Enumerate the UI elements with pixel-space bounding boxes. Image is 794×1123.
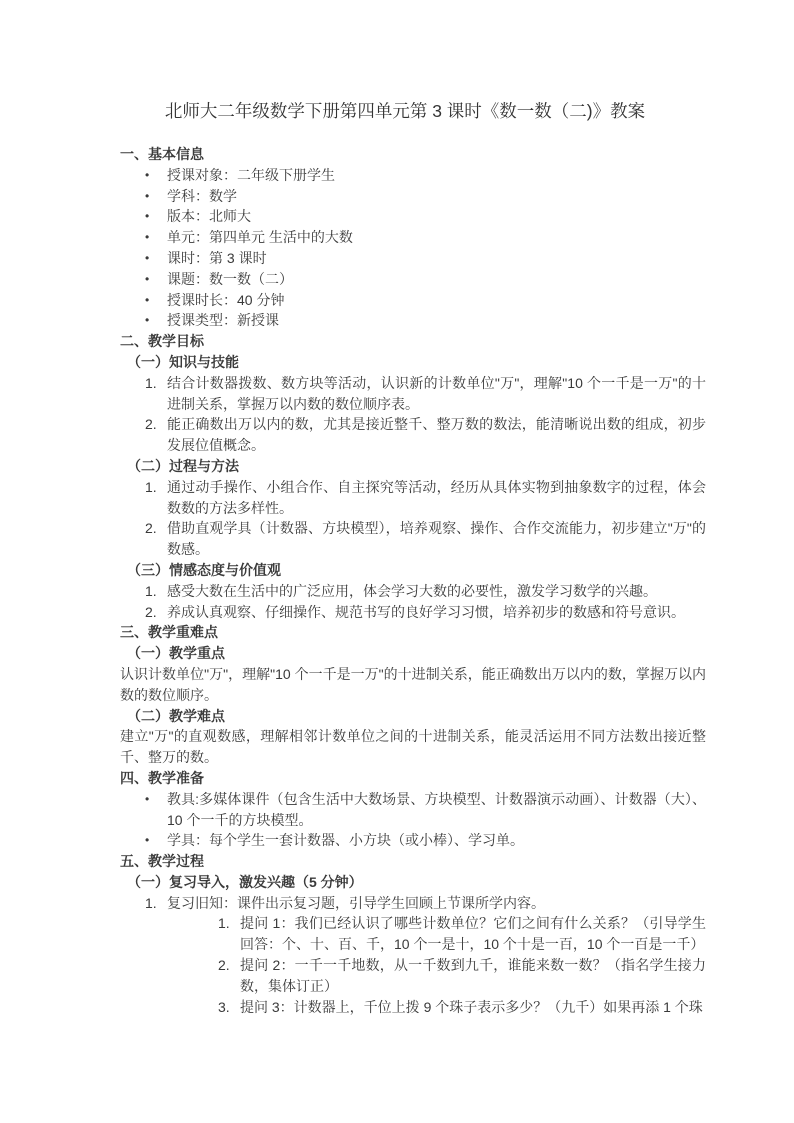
list-item: 2. 提问 2：一千一千地数，从一千数到九千，谁能来数一数？（指名学生接力数，集…	[120, 955, 706, 997]
list-number: 2.	[145, 602, 167, 623]
list-number: 2.	[145, 518, 167, 539]
bullet-icon: •	[145, 310, 167, 331]
list-item: • 课时：第 3 课时	[120, 248, 706, 269]
list-item: • 单元：第四单元 生活中的大数	[120, 227, 706, 248]
list-number: 3.	[218, 997, 240, 1018]
list-item-text: 复习旧知：课件出示复习题，引导学生回顾上节课所学内容。	[167, 893, 706, 914]
list-item-text: 授课对象：二年级下册学生	[167, 165, 706, 186]
list-item-text: 版本：北师大	[167, 206, 706, 227]
list-item: • 授课时长：40 分钟	[120, 290, 706, 311]
list-number: 2.	[145, 414, 167, 435]
lesson-plan-page: 北师大二年级数学下册第四单元第 3 课时《数一数（二)》教案 一、基本信息 • …	[0, 0, 794, 1123]
bullet-icon: •	[145, 186, 167, 207]
bullet-icon: •	[145, 830, 167, 851]
heading-knowledge-skills: （一）知识与技能	[120, 352, 706, 373]
list-item: • 课题：数一数（二）	[120, 269, 706, 290]
heading-review-introduction: （一）复习导入，激发兴趣（5 分钟）	[120, 872, 706, 893]
list-item-text: 授课类型：新授课	[167, 310, 706, 331]
list-item: • 教具:多媒体课件（包含生活中大数场景、方块模型、计数器演示动画）、计数器（大…	[120, 789, 706, 831]
bullet-icon: •	[145, 269, 167, 290]
bullet-icon: •	[145, 165, 167, 186]
list-item: 2. 借助直观学具（计数器、方块模型），培养观察、操作、合作交流能力，初步建立"…	[120, 518, 706, 560]
list-number: 2.	[218, 955, 240, 976]
list-item: • 授课对象：二年级下册学生	[120, 165, 706, 186]
list-item-text: 学具：每个学生一套计数器、小方块（或小棒）、学习单。	[167, 830, 706, 851]
heading-key-difficult-points: 三、教学重难点	[120, 622, 706, 643]
list-item-text: 单元：第四单元 生活中的大数	[167, 227, 706, 248]
list-item-text: 借助直观学具（计数器、方块模型），培养观察、操作、合作交流能力，初步建立"万"的…	[167, 518, 706, 560]
basic-info-list: • 授课对象：二年级下册学生 • 学科：数学 • 版本：北师大 • 单元：第四单…	[120, 165, 706, 331]
heading-process-methods: （二）过程与方法	[120, 456, 706, 477]
list-item-text: 养成认真观察、仔细操作、规范书写的良好学习习惯，培养初步的数感和符号意识。	[167, 602, 706, 623]
list-number: 1.	[145, 893, 167, 914]
list-item: • 版本：北师大	[120, 206, 706, 227]
key-point-paragraph: 认识计数单位"万"，理解"10 个一千是一万"的十进制关系，能正确数出万以内的数…	[120, 664, 706, 706]
list-number: 1.	[145, 581, 167, 602]
list-item-text: 教具:多媒体课件（包含生活中大数场景、方块模型、计数器演示动画）、计数器（大）、…	[167, 789, 706, 831]
heading-teaching-difficult-point: （二）教学难点	[120, 706, 706, 727]
bullet-icon: •	[145, 227, 167, 248]
document-title: 北师大二年级数学下册第四单元第 3 课时《数一数（二)》教案	[104, 99, 706, 123]
list-item-text: 感受大数在生活中的广泛应用，体会学习大数的必要性，激发学习数学的兴趣。	[167, 581, 706, 602]
list-item: 1. 复习旧知：课件出示复习题，引导学生回顾上节课所学内容。	[120, 893, 706, 914]
bullet-icon: •	[145, 290, 167, 311]
heading-teaching-goals: 二、教学目标	[120, 331, 706, 352]
heading-basic-info: 一、基本信息	[120, 144, 706, 165]
bullet-icon: •	[145, 789, 167, 810]
bullet-icon: •	[145, 206, 167, 227]
heading-teaching-process: 五、教学过程	[120, 851, 706, 872]
heading-attitude-values: （三）情感态度与价值观	[120, 560, 706, 581]
list-item-text: 授课时长：40 分钟	[167, 290, 706, 311]
list-item-text: 提问 2：一千一千地数，从一千数到九千，谁能来数一数？（指名学生接力数，集体订正…	[240, 955, 706, 997]
list-item-text: 提问 3：计数器上，千位上拨 9 个珠子表示多少？（九千）如果再添 1 个珠	[240, 997, 706, 1018]
list-item: • 学具：每个学生一套计数器、小方块（或小棒）、学习单。	[120, 830, 706, 851]
difficult-point-paragraph: 建立"万"的直观数感，理解相邻计数单位之间的十进制关系，能灵活运用不同方法数出接…	[120, 726, 706, 768]
list-item-text: 课时：第 3 课时	[167, 248, 706, 269]
bullet-icon: •	[145, 248, 167, 269]
heading-teaching-key-point: （一）教学重点	[120, 643, 706, 664]
list-item: 1. 结合计数器拨数、数方块等活动，认识新的计数单位"万"，理解"10 个一千是…	[120, 373, 706, 415]
list-item-text: 通过动手操作、小组合作、自主探究等活动，经历从具体实物到抽象数字的过程，体会数数…	[167, 477, 706, 519]
heading-teaching-preparation: 四、教学准备	[120, 768, 706, 789]
list-item: 1. 感受大数在生活中的广泛应用，体会学习大数的必要性，激发学习数学的兴趣。	[120, 581, 706, 602]
list-item: 2. 养成认真观察、仔细操作、规范书写的良好学习习惯，培养初步的数感和符号意识。	[120, 602, 706, 623]
list-item: 3. 提问 3：计数器上，千位上拨 9 个珠子表示多少？（九千）如果再添 1 个…	[120, 997, 706, 1018]
list-number: 1.	[218, 913, 240, 934]
list-item-text: 课题：数一数（二）	[167, 269, 706, 290]
list-item: • 学科：数学	[120, 186, 706, 207]
list-item: 2. 能正确数出万以内的数，尤其是接近整千、整万数的数法，能清晰说出数的组成，初…	[120, 414, 706, 456]
list-item: • 授课类型：新授课	[120, 310, 706, 331]
list-number: 1.	[145, 477, 167, 498]
list-item-text: 能正确数出万以内的数，尤其是接近整千、整万数的数法，能清晰说出数的组成，初步发展…	[167, 414, 706, 456]
list-number: 1.	[145, 373, 167, 394]
list-item-text: 提问 1：我们已经认识了哪些计数单位？它们之间有什么关系？（引导学生回答：个、十…	[240, 913, 706, 955]
list-item: 1. 提问 1：我们已经认识了哪些计数单位？它们之间有什么关系？（引导学生回答：…	[120, 913, 706, 955]
list-item-text: 学科：数学	[167, 186, 706, 207]
list-item: 1. 通过动手操作、小组合作、自主探究等活动，经历从具体实物到抽象数字的过程，体…	[120, 477, 706, 519]
list-item-text: 结合计数器拨数、数方块等活动，认识新的计数单位"万"，理解"10 个一千是一万"…	[167, 373, 706, 415]
